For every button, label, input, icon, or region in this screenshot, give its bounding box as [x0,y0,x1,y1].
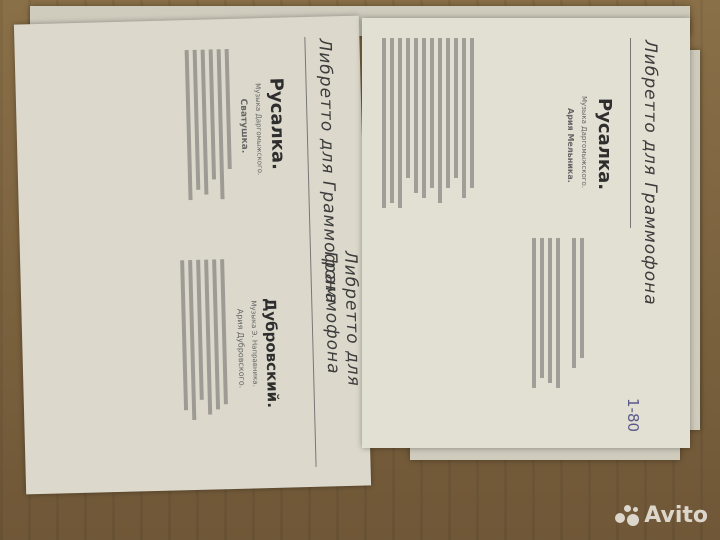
left-upper-composer: Музыка Даргомыжского. [254,83,264,175]
avito-wordmark: Avito [644,503,708,528]
left-libretto-sheet: Либретто для Граммофона Либретто для Гра… [14,16,371,495]
avito-watermark: Avito [615,503,708,528]
left-upper-subtitle: Сватушка. [238,98,249,153]
handwritten-price: 1-80 [624,398,642,432]
left-lower-subtitle: Ария Дубровского. [235,309,246,389]
left-lower-composer: Музыка Э. Направника. [249,300,259,387]
left-header-lower: Либретто для Граммофона [320,251,366,487]
right-libretto-sheet: Либретто для Граммофона Русалка. Музыка … [362,18,690,448]
right-subtitle: Ария Мельника. [566,108,575,183]
right-header: Либретто для Граммофона [640,40,660,306]
header-rule-right [630,38,631,228]
right-composer: Музыка Даргомыжского. [580,96,588,188]
right-title: Русалка. [594,98,615,190]
header-rule [304,37,316,467]
left-upper-title: Русалка. [265,77,288,170]
avito-logo-icon [615,505,639,527]
left-lower-title: Дубровский. [261,298,282,408]
